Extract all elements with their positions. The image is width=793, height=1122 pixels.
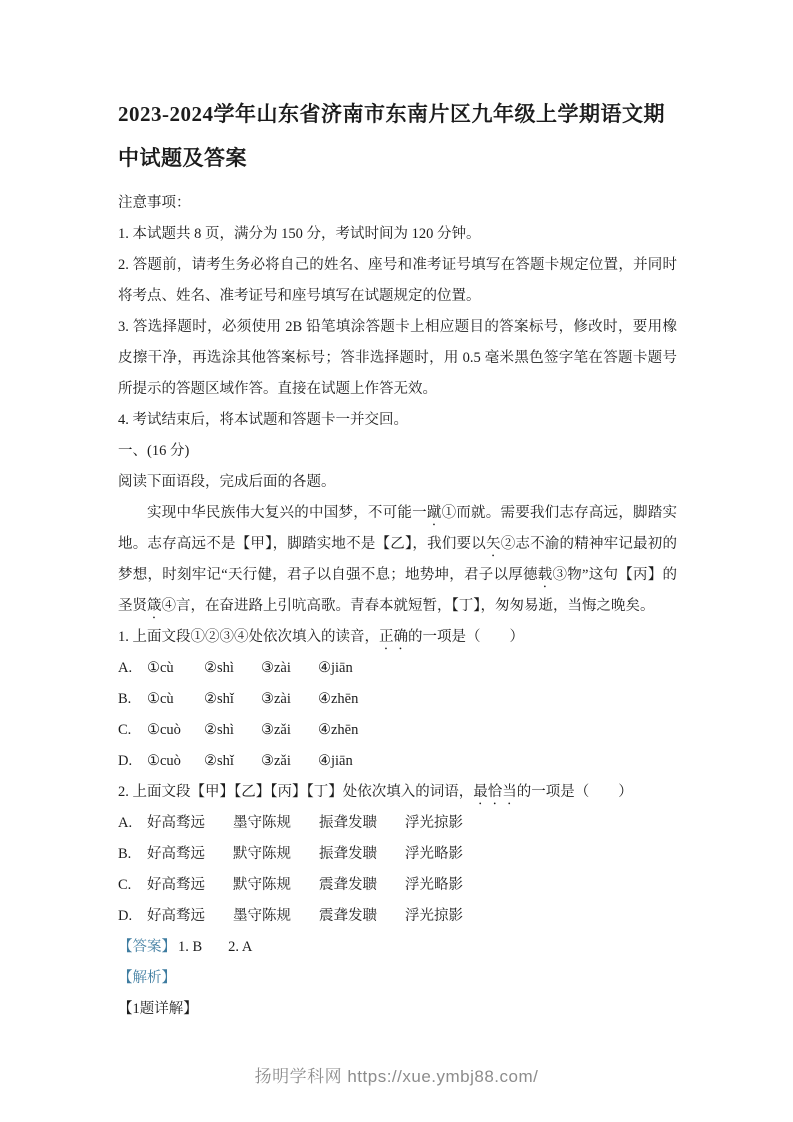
exam-document-page: 2023-2024学年山东省济南市东南片区九年级上学期语文期中试题及答案 注意事… xyxy=(0,0,793,1122)
option-item: ③zài xyxy=(261,653,318,684)
emphasized-text: 载 xyxy=(538,567,553,583)
text-segment: ④言，在奋进路上引吭高歌。青春本就短暂，【丁】，匆匆易逝，当悔之晚矣。 xyxy=(162,598,655,614)
option-item: 浮光掠影 xyxy=(405,901,491,932)
option-item: ②shǐ xyxy=(204,746,261,777)
passage-text: 实现中华民族伟大复兴的中国梦，不可能一蹴①而就。需要我们志存高远，脚踏实地。志存… xyxy=(118,498,677,622)
option-label: D. xyxy=(118,746,147,777)
document-title: 2023-2024学年山东省济南市东南片区九年级上学期语文期中试题及答案 xyxy=(118,92,677,180)
site-watermark: 扬明学科网 https://xue.ymbj88.com/ xyxy=(0,1062,793,1087)
option-item: 默守陈规 xyxy=(233,870,319,901)
notice-heading: 注意事项： xyxy=(118,188,677,219)
text-segment: 1. 上面文段①②③④处依次填入的读音， xyxy=(118,629,379,645)
question-1-stem: 1. 上面文段①②③④处依次填入的读音，正确的一项是（ ） xyxy=(118,622,677,653)
text-segment: 的一项是（ ） xyxy=(517,784,633,800)
option-item: ①cuò xyxy=(147,746,204,777)
answer-tag: 【答案】 xyxy=(118,939,176,955)
option-item: ①cuò xyxy=(147,715,204,746)
answer-line: 【答案】1. B2. A xyxy=(118,932,677,963)
option-item: ①cù xyxy=(147,653,204,684)
option-item: ②shì xyxy=(204,653,261,684)
question-1-option-b: B.①cù②shǐ③zài④zhēn xyxy=(118,684,677,715)
notice-item-4: 4. 考试结束后，将本试题和答题卡一并交回。 xyxy=(118,405,677,436)
option-item: ③zǎi xyxy=(261,715,318,746)
emphasized-text: 矢 xyxy=(486,536,501,552)
option-item: 墨守陈规 xyxy=(233,901,319,932)
text-segment: 实现中华民族伟大复兴的中国梦，不可能一 xyxy=(147,505,427,521)
text-segment: 的一项是（ ） xyxy=(408,629,524,645)
question-2-option-b: B.好高骛远默守陈规振聋发聩浮光略影 xyxy=(118,839,677,870)
option-label: B. xyxy=(118,839,147,870)
option-item: ③zài xyxy=(261,684,318,715)
answer-item-2: 2. A xyxy=(228,939,252,955)
question-1-option-a: A.①cù②shì③zài④jiān xyxy=(118,653,677,684)
detail-1-tag: 【1题详解】 xyxy=(118,994,677,1025)
option-item: 好高骛远 xyxy=(147,901,233,932)
text-segment: 2. 上面文段【甲】【乙】【丙】【丁】处依次填入的词语， xyxy=(118,784,473,800)
option-item: ①cù xyxy=(147,684,204,715)
notice-item-1: 1. 本试题共 8 页，满分为 150 分，考试时间为 120 分钟。 xyxy=(118,219,677,250)
question-2-option-a: A.好高骛远墨守陈规振聋发聩浮光掠影 xyxy=(118,808,677,839)
answer-item-1: 1. B xyxy=(178,939,202,955)
option-item: 振聋发聩 xyxy=(319,839,405,870)
emphasized-text: 最恰当 xyxy=(473,784,517,800)
option-item: ④jiān xyxy=(318,746,375,777)
emphasized-text: 蹴 xyxy=(427,505,442,521)
option-item: 浮光略影 xyxy=(405,870,491,901)
option-label: C. xyxy=(118,715,147,746)
option-item: 默守陈规 xyxy=(233,839,319,870)
question-2-stem: 2. 上面文段【甲】【乙】【丙】【丁】处依次填入的词语，最恰当的一项是（ ） xyxy=(118,777,677,808)
option-label: D. xyxy=(118,901,147,932)
option-item: ④jiān xyxy=(318,653,375,684)
analysis-tag: 【解析】 xyxy=(118,963,677,994)
question-2-option-d: D.好高骛远墨守陈规震聋发聩浮光掠影 xyxy=(118,901,677,932)
option-item: 浮光略影 xyxy=(405,839,491,870)
option-item: ②shǐ xyxy=(204,684,261,715)
option-item: 震聋发聩 xyxy=(319,901,405,932)
option-item: 好高骛远 xyxy=(147,839,233,870)
option-item: 浮光掠影 xyxy=(405,808,491,839)
option-item: ③zǎi xyxy=(261,746,318,777)
option-item: 墨守陈规 xyxy=(233,808,319,839)
emphasized-text: 正确 xyxy=(379,629,408,645)
option-item: 震聋发聩 xyxy=(319,870,405,901)
question-2-option-c: C.好高骛远默守陈规震聋发聩浮光略影 xyxy=(118,870,677,901)
option-label: A. xyxy=(118,808,147,839)
question-1-option-d: D.①cuò②shǐ③zǎi④jiān xyxy=(118,746,677,777)
notice-item-3: 3. 答选择题时，必须使用 2B 铅笔填涂答题卡上相应题目的答案标号，修改时，要… xyxy=(118,312,677,405)
option-item: ②shì xyxy=(204,715,261,746)
section-heading: 一、(16 分) xyxy=(118,436,677,467)
option-label: B. xyxy=(118,684,147,715)
option-item: 振聋发聩 xyxy=(319,808,405,839)
question-1-option-c: C.①cuò②shì③zǎi④zhēn xyxy=(118,715,677,746)
option-item: ④zhēn xyxy=(318,715,375,746)
option-label: C. xyxy=(118,870,147,901)
option-item: 好高骛远 xyxy=(147,808,233,839)
option-item: 好高骛远 xyxy=(147,870,233,901)
option-label: A. xyxy=(118,653,147,684)
emphasized-text: 箴 xyxy=(147,598,162,614)
passage-intro: 阅读下面语段，完成后面的各题。 xyxy=(118,467,677,498)
option-item: ④zhēn xyxy=(318,684,375,715)
notice-item-2: 2. 答题前，请考生务必将自己的姓名、座号和准考证号填写在答题卡规定位置，并同时… xyxy=(118,250,677,312)
